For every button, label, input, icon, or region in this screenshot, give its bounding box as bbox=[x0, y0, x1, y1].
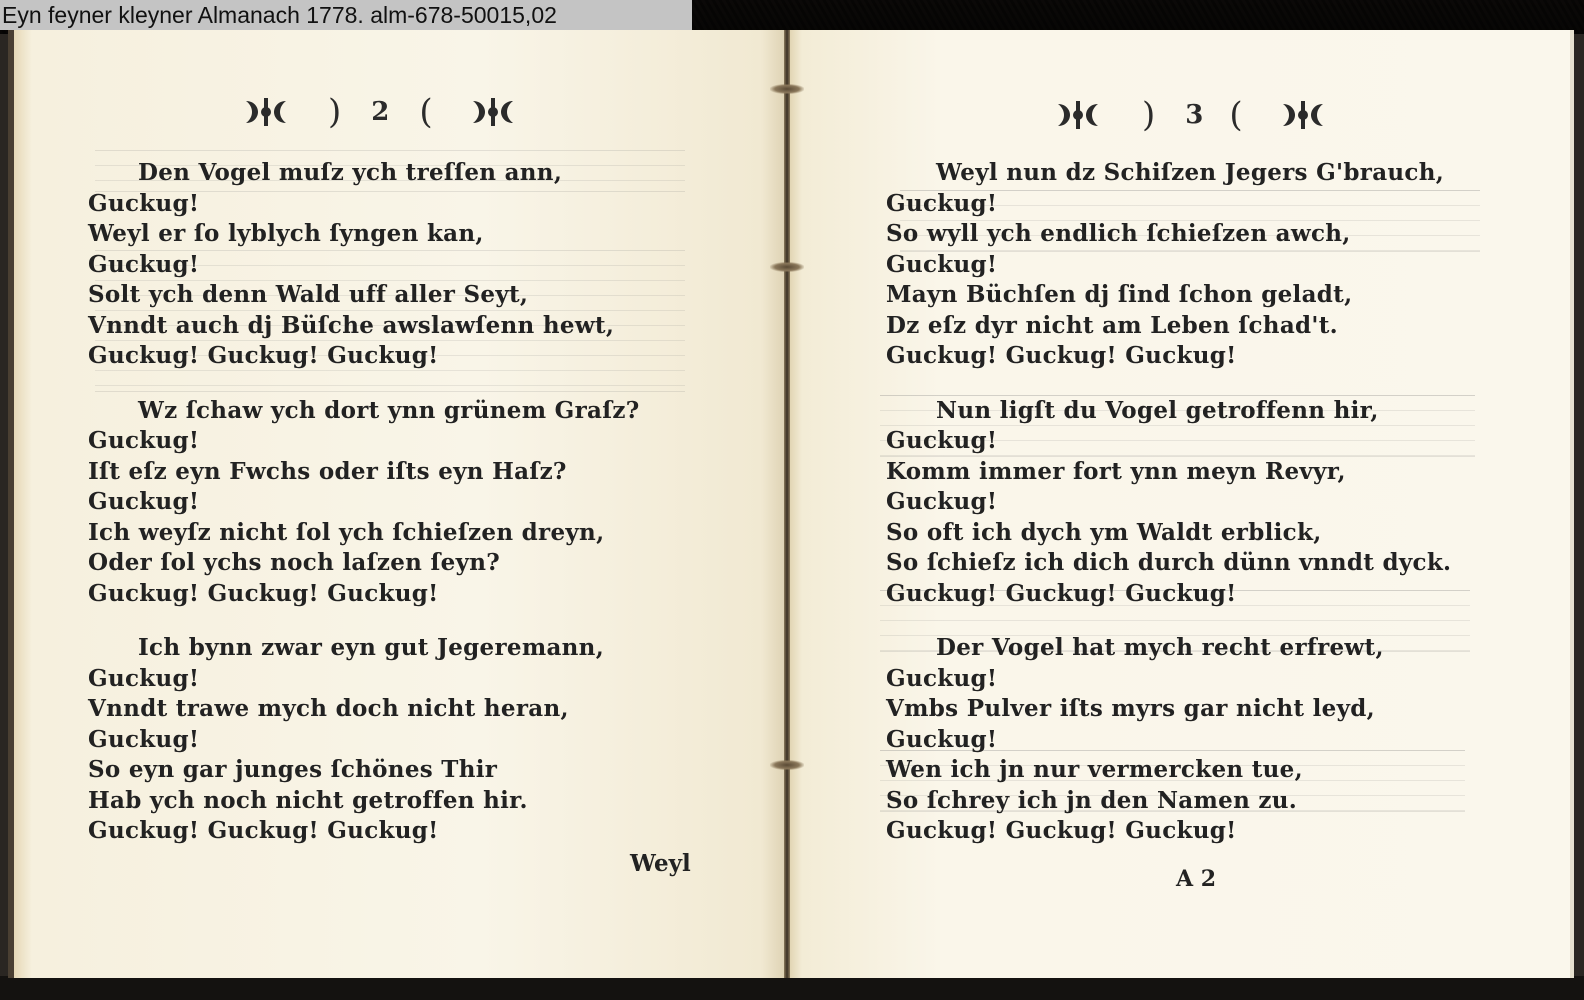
page-number: 3 bbox=[1185, 100, 1203, 130]
verse-refrain: Guckug! Guckug! Guckug! bbox=[88, 579, 640, 610]
verse-refrain: Guckug! bbox=[886, 189, 1451, 220]
verse-refrain: Guckug! Guckug! Guckug! bbox=[886, 579, 1451, 610]
verse-line: Iſt eſz eyn Fwchs oder iſts eyn Haſz? bbox=[88, 457, 640, 488]
binding-stitch bbox=[770, 84, 804, 94]
verse-line: Vnndt auch dj Büſche awslawſenn hewt, bbox=[88, 311, 640, 342]
verse-refrain: Guckug! bbox=[886, 725, 1451, 756]
verse-line: Wz ſchaw ych dort ynn grünem Graſz? bbox=[88, 396, 640, 427]
header-bracket: ( bbox=[1229, 95, 1242, 135]
verse-line: Ich bynn zwar eyn gut Jegeremann, bbox=[88, 633, 640, 664]
fleuron-icon bbox=[469, 95, 517, 129]
stanza: Weyl nun dz Schiſzen Jegers G'brauch, Gu… bbox=[886, 158, 1451, 372]
verse-refrain: Guckug! bbox=[886, 250, 1451, 281]
verse-refrain: Guckug! bbox=[886, 664, 1451, 695]
verse-refrain: Guckug! bbox=[88, 725, 640, 756]
verse-line: So wyll ych endlich ſchieſzen awch, bbox=[886, 219, 1451, 250]
fleuron-icon bbox=[1279, 98, 1327, 132]
verse-refrain: Guckug! bbox=[88, 250, 640, 281]
verse-line: Nun ligſt du Vogel getroffenn hir, bbox=[886, 396, 1451, 427]
verse-refrain: Guckug! Guckug! Guckug! bbox=[88, 816, 640, 847]
right-page-header: ) 3 ( bbox=[1054, 95, 1327, 135]
verse-refrain: Guckug! Guckug! Guckug! bbox=[886, 816, 1451, 847]
verse-line: Hab ych noch nicht getroffen hir. bbox=[88, 786, 640, 817]
verse-refrain: Guckug! bbox=[88, 664, 640, 695]
stanza: Den Vogel muſz ych treſſen ann, Guckug! … bbox=[88, 158, 640, 372]
verse-line: Solt ych denn Wald uff aller Seyt, bbox=[88, 280, 640, 311]
stanza: Der Vogel hat mych recht erfrewt, Guckug… bbox=[886, 633, 1451, 847]
header-bracket: ) bbox=[1142, 95, 1155, 135]
page-number: 2 bbox=[371, 97, 389, 127]
verse-line: Weyl er ſo lyblych ſyngen kan, bbox=[88, 219, 640, 250]
verse-line: So ſchieſz ich dich durch dünn vnndt dyc… bbox=[886, 548, 1451, 579]
stanza: Nun ligſt du Vogel getroffenn hir, Gucku… bbox=[886, 396, 1451, 610]
verse-line: Den Vogel muſz ych treſſen ann, bbox=[88, 158, 640, 189]
verse-refrain: Guckug! bbox=[88, 189, 640, 220]
fleuron-icon bbox=[242, 95, 290, 129]
verse-line: So ſchrey ich jn den Namen zu. bbox=[886, 786, 1451, 817]
header-bracket: ) bbox=[328, 92, 341, 132]
left-page-header: ) 2 ( bbox=[242, 92, 517, 132]
verse-line: Weyl nun dz Schiſzen Jegers G'brauch, bbox=[886, 158, 1451, 189]
binding-stitch bbox=[770, 760, 804, 770]
verse-line: Ich weyſz nicht ſol ych ſchieſzen dreyn, bbox=[88, 518, 640, 549]
verse-line: So oft ich dych ym Waldt erblick, bbox=[886, 518, 1451, 549]
window-title: Eyn feyner kleyner Almanach 1778. alm-67… bbox=[0, 0, 692, 30]
stanza: Wz ſchaw ych dort ynn grünem Graſz? Guck… bbox=[88, 396, 640, 610]
verse-line: Vnndt trawe mych doch nicht heran, bbox=[88, 694, 640, 725]
book-gutter bbox=[784, 30, 790, 978]
verse-line: Dz eſz dyr nicht am Leben ſchad't. bbox=[886, 311, 1451, 342]
book-cover-bottom bbox=[0, 976, 1584, 1000]
verse-refrain: Guckug! Guckug! Guckug! bbox=[88, 341, 640, 372]
left-page-poem: Den Vogel muſz ych treſſen ann, Guckug! … bbox=[88, 158, 640, 847]
verse-refrain: Guckug! bbox=[886, 487, 1451, 518]
verse-line: Vmbs Pulver iſts myrs gar nicht leyd, bbox=[886, 694, 1451, 725]
verse-refrain: Guckug! Guckug! Guckug! bbox=[886, 341, 1451, 372]
header-bracket: ( bbox=[419, 92, 432, 132]
binding-stitch bbox=[770, 262, 804, 272]
verse-line: Komm immer fort ynn meyn Revyr, bbox=[886, 457, 1451, 488]
right-page-poem: Weyl nun dz Schiſzen Jegers G'brauch, Gu… bbox=[886, 158, 1451, 847]
verse-line: Der Vogel hat mych recht erfrewt, bbox=[886, 633, 1451, 664]
verse-line: So eyn gar junges ſchönes Thir bbox=[88, 755, 640, 786]
verse-refrain: Guckug! bbox=[886, 426, 1451, 457]
stanza: Ich bynn zwar eyn gut Jegeremann, Guckug… bbox=[88, 633, 640, 847]
verse-refrain: Guckug! bbox=[88, 487, 640, 518]
verse-line: Oder ſol ychs noch laſzen ſeyn? bbox=[88, 548, 640, 579]
verse-line: Mayn Büchſen dj ſind ſchon geladt, bbox=[886, 280, 1451, 311]
fleuron-icon bbox=[1054, 98, 1102, 132]
signature-mark: A 2 bbox=[1176, 866, 1216, 892]
verse-refrain: Guckug! bbox=[88, 426, 640, 457]
verse-line: Wen ich jn nur vermercken tue, bbox=[886, 755, 1451, 786]
catchword: Weyl bbox=[630, 850, 691, 877]
